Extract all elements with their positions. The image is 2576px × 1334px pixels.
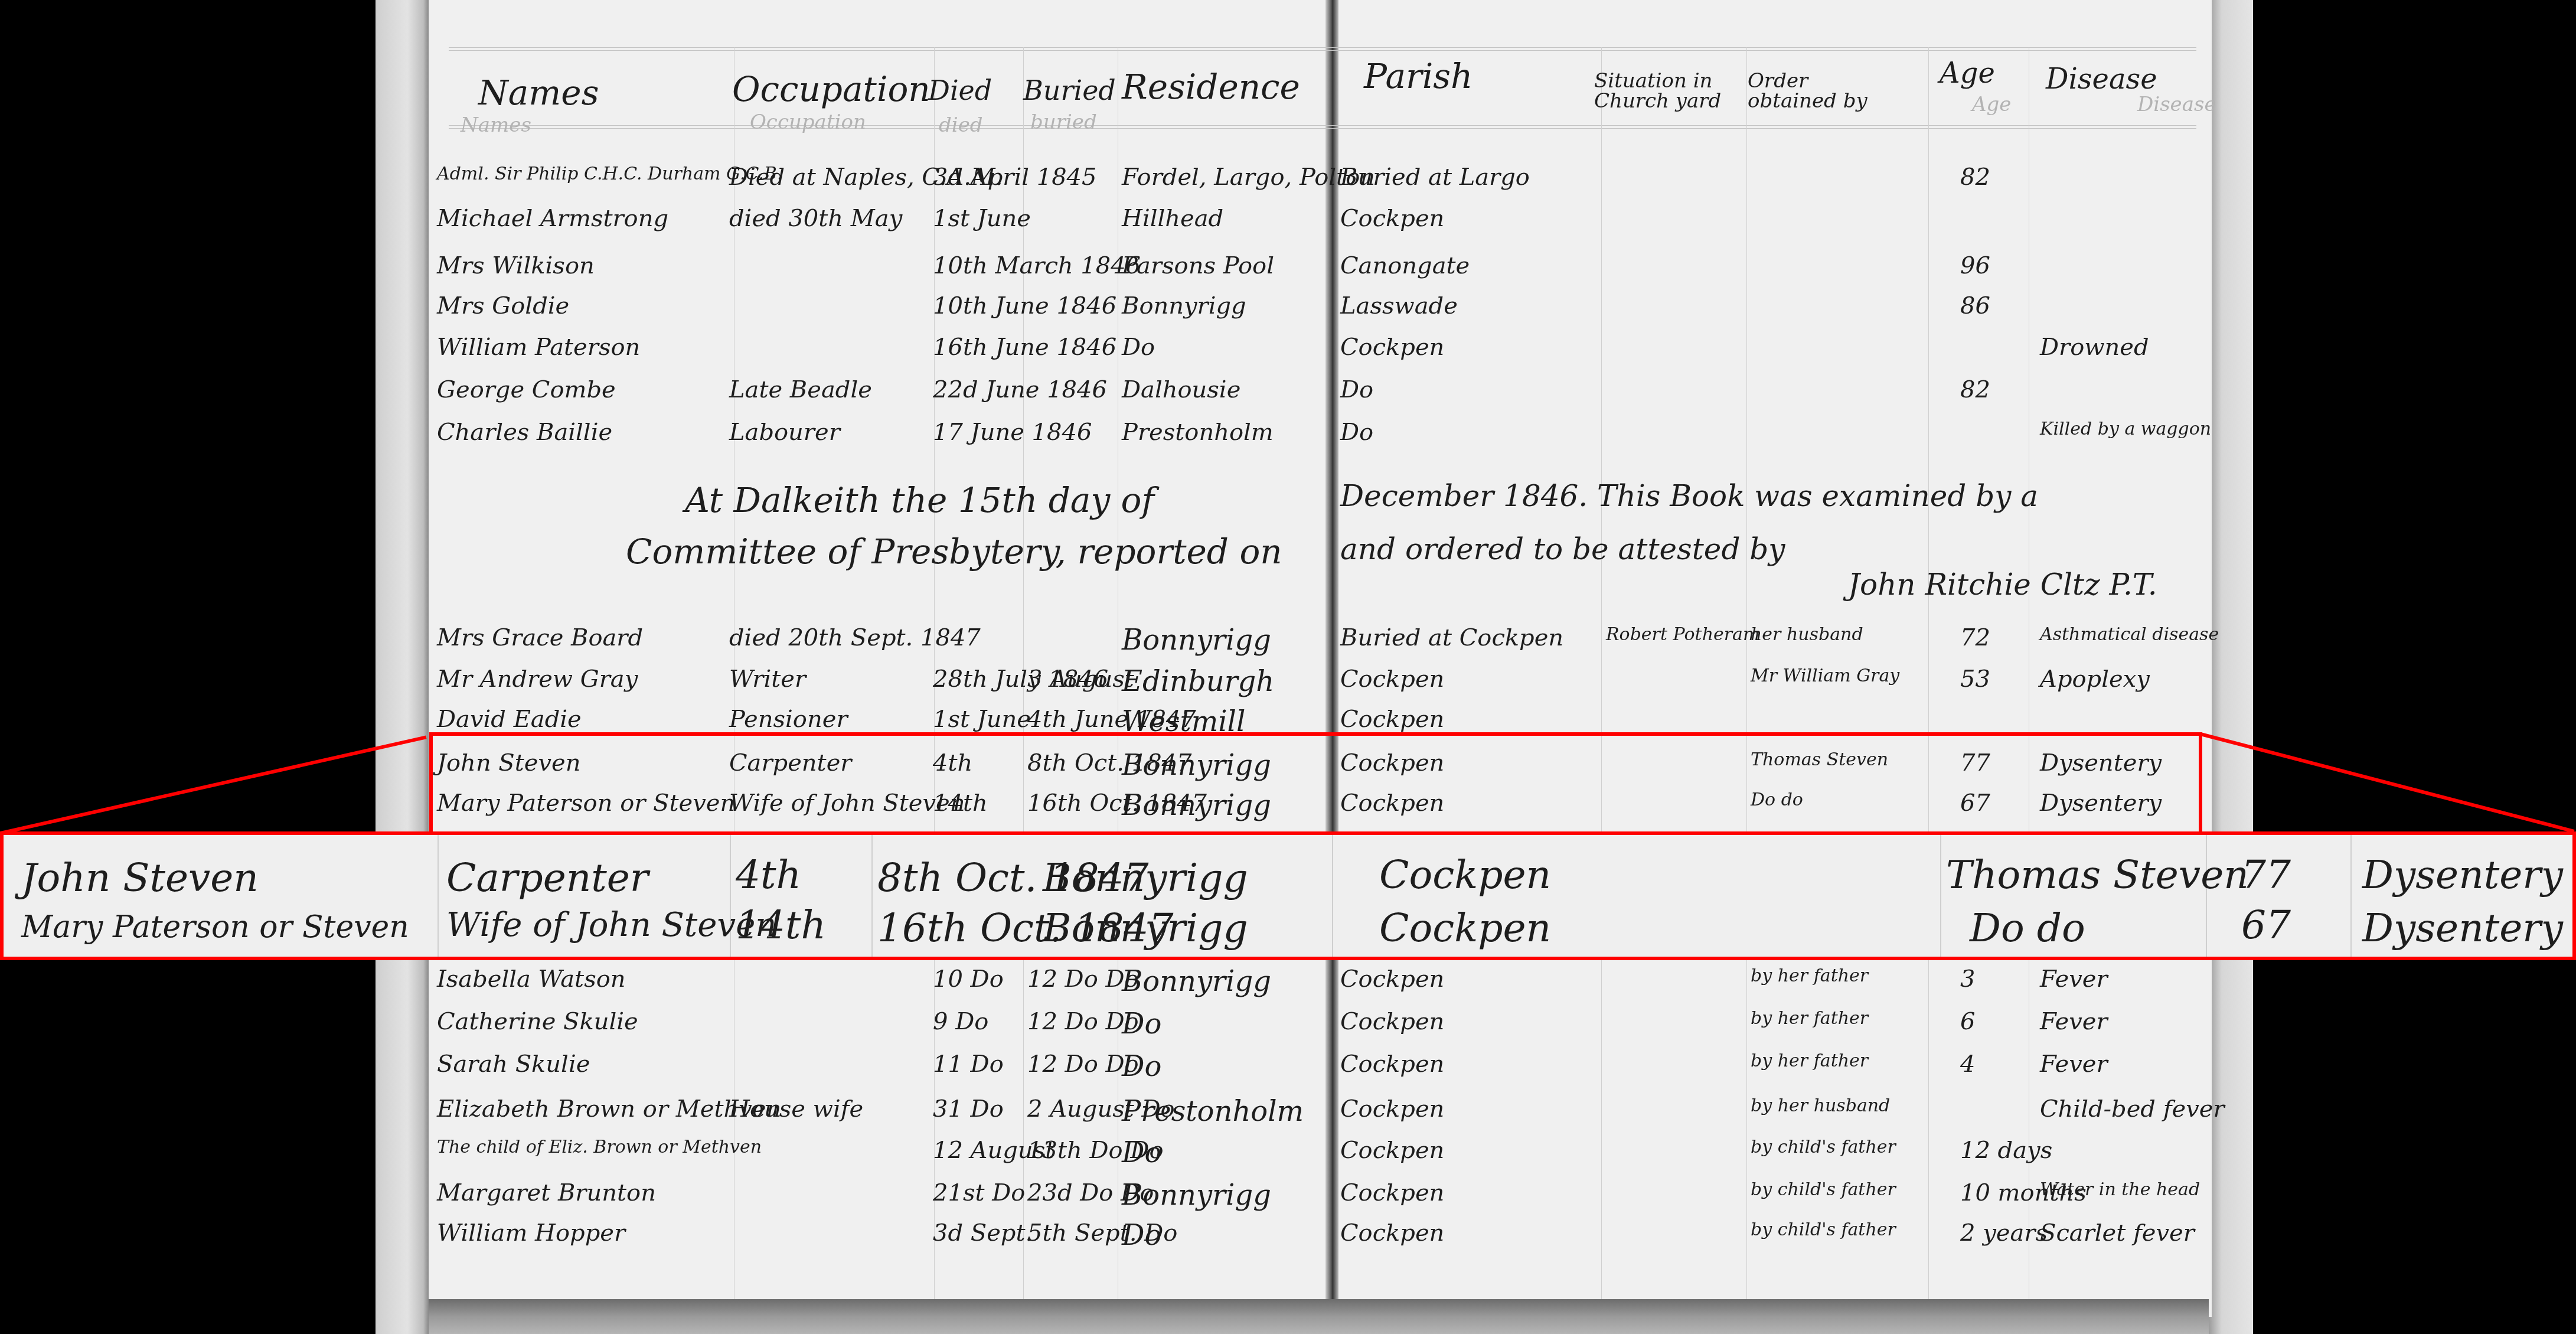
cell-buried: 3 August	[1027, 667, 1134, 691]
highlight-source-box	[429, 732, 2202, 835]
header-order-obtained-by: Order obtained by	[1748, 71, 1889, 111]
header-situation-in-churchyard: Situation in Church yard	[1594, 71, 1736, 111]
cell-order-by: her husband	[1751, 626, 1863, 644]
book-edge-left	[376, 0, 429, 1334]
cell-age: 82	[1960, 378, 1990, 402]
column-divider	[1928, 47, 1929, 1299]
inset-occupation: Carpenter	[446, 859, 648, 898]
cell-died: 1st June	[933, 207, 1031, 230]
cell-residence: Edinburgh	[1122, 667, 1274, 696]
inset-column-divider	[2350, 835, 2352, 957]
cell-residence: Do	[1122, 1221, 1161, 1250]
header-bottom-rule	[449, 125, 2196, 129]
faint-header-occupation: Occupation	[750, 112, 866, 132]
cell-age: 86	[1960, 294, 1990, 318]
cell-disease: Apoplexy	[2040, 667, 2150, 691]
cell-age: 12 days	[1960, 1139, 2052, 1162]
header-buried: Buried	[1023, 77, 1116, 104]
cell-residence: Do	[1122, 1052, 1161, 1081]
cell-name: Isabella Watson	[437, 967, 626, 991]
cell-residence: Fordel, Largo, Polton	[1122, 165, 1375, 189]
cell-parish: Cockpen	[1340, 1010, 1444, 1033]
cell-disease: Killed by a waggon	[2040, 420, 2211, 438]
cell-situation: Robert Potheram	[1606, 626, 1759, 644]
cell-name: William Hopper	[437, 1221, 625, 1245]
cell-died: 22d June 1846	[933, 378, 1107, 402]
cell-disease: Fever	[2040, 1010, 2108, 1033]
cell-parish: Buried at Cockpen	[1340, 626, 1563, 650]
cell-parish: Do	[1340, 378, 1373, 402]
cell-name: George Combe	[437, 378, 616, 402]
column-divider	[1746, 47, 1747, 1299]
cell-name: Michael Armstrong	[437, 207, 668, 230]
faint-header-buried: buried	[1030, 112, 1097, 132]
cell-name: Sarah Skulie	[437, 1052, 590, 1076]
faint-header-age: Age	[1972, 94, 2011, 115]
cell-parish: Cockpen	[1340, 335, 1444, 359]
cell-order-by: by her father	[1751, 967, 1868, 985]
cell-age: 2 years	[1960, 1221, 2048, 1245]
faint-header-died: died	[939, 115, 983, 135]
cell-residence: Bonnyrigg	[1122, 294, 1246, 318]
cell-died: 3d April 1845	[933, 165, 1096, 189]
cell-occupation: died 20th Sept. 1847	[729, 626, 981, 650]
inset-order-by: Do do	[1970, 909, 2085, 948]
cell-residence: Bonnyrigg	[1122, 1181, 1271, 1209]
cell-residence: Hillhead	[1122, 207, 1223, 230]
cell-died: 1st June	[933, 707, 1031, 731]
inset-parish: Cockpen	[1379, 856, 1551, 895]
cell-residence: Dalhousie	[1122, 378, 1240, 402]
cell-name: Margaret Brunton	[437, 1181, 656, 1205]
cell-name: Mrs Goldie	[437, 294, 569, 318]
cell-residence: Do	[1122, 1139, 1161, 1167]
inset-order-by: Thomas Steven	[1946, 856, 2249, 895]
cell-parish: Cockpen	[1340, 207, 1444, 230]
attestation-signature: John Ritchie Cltz P.T.	[1848, 570, 2157, 599]
cell-died: 11 Do	[933, 1052, 1004, 1076]
cell-residence: Bonnyrigg	[1122, 967, 1271, 996]
header-top-rule	[449, 47, 2196, 51]
inset-died: 14th	[736, 906, 826, 945]
cell-order-by: by child's father	[1751, 1221, 1896, 1239]
cell-died: 16th June 1846	[933, 335, 1116, 359]
inset-occupation: Wife of John Steven	[446, 909, 776, 942]
cell-disease: Asthmatical disease	[2040, 626, 2219, 644]
header-died: Died	[928, 77, 992, 104]
cell-residence: Westmill	[1122, 707, 1245, 736]
cell-residence: Prestonholm	[1122, 420, 1274, 444]
cell-disease: Water in the head	[2040, 1181, 2200, 1199]
cell-occupation: Labourer	[729, 420, 840, 444]
cell-residence: Bonnyrigg	[1122, 626, 1271, 654]
header-age: Age	[1940, 59, 1995, 87]
cell-residence: Prestonholm	[1122, 1097, 1304, 1126]
cell-parish: Cockpen	[1340, 1139, 1444, 1162]
cell-died: 17 June 1846	[933, 420, 1092, 444]
cell-order-by: by her father	[1751, 1010, 1868, 1028]
cell-name: Catherine Skulie	[437, 1010, 638, 1033]
cell-died: 3d Sept.	[933, 1221, 1033, 1245]
header-parish: Parish	[1364, 59, 1473, 93]
cell-parish: Cockpen	[1340, 1097, 1444, 1121]
cell-died: 9 Do	[933, 1010, 988, 1033]
highlight-connector-right	[2200, 732, 2574, 833]
cell-occupation: House wife	[729, 1097, 863, 1121]
cell-residence: Do	[1122, 1010, 1161, 1038]
inset-parish: Cockpen	[1379, 909, 1551, 948]
header-occupation: Occupation	[732, 72, 931, 106]
attestation-left-line2: Committee of Presbytery, reported on	[626, 534, 1282, 569]
cell-occupation: Pensioner	[729, 707, 848, 731]
cell-died: 10th June 1846	[933, 294, 1116, 318]
column-divider	[2029, 47, 2029, 1299]
cell-name: Mrs Grace Board	[437, 626, 643, 650]
inset-name: John Steven	[21, 859, 259, 898]
cell-age: 3	[1960, 967, 1975, 991]
inset-column-divider	[438, 835, 439, 957]
magnified-inset: John Steven Carpenter 4th 8th Oct. 1847 …	[0, 831, 2576, 960]
cell-order-by: by her husband	[1751, 1097, 1890, 1115]
highlight-connector-left	[0, 735, 427, 835]
inset-residence: Bonnyrigg	[1043, 859, 1248, 898]
cell-parish: Buried at Largo	[1340, 165, 1530, 189]
cell-parish: Cockpen	[1340, 1052, 1444, 1076]
cell-order-by: by child's father	[1751, 1181, 1896, 1199]
inset-age: 77	[2241, 856, 2291, 895]
inset-column-divider	[871, 835, 873, 957]
inset-residence: Bonnyrigg	[1043, 909, 1248, 948]
cell-died: 21st Do	[933, 1181, 1025, 1205]
attestation-right-line1: December 1846. This Book was examined by…	[1340, 481, 2038, 511]
cell-age: 4	[1960, 1052, 1975, 1076]
cell-died: 10 Do	[933, 967, 1004, 991]
inset-age: 67	[2241, 906, 2291, 945]
faint-header-names: Names	[461, 115, 531, 135]
header-disease: Disease	[2046, 65, 2157, 93]
cell-age: 53	[1960, 667, 1990, 691]
page-bottom-shadow	[429, 1299, 2209, 1334]
cell-parish: Do	[1340, 420, 1373, 444]
cell-age: 6	[1960, 1010, 1975, 1033]
cell-died: 31 Do	[933, 1097, 1004, 1121]
cell-name: Charles Baillie	[437, 420, 612, 444]
book-edge-right	[2208, 0, 2253, 1334]
header-residence: Residence	[1122, 70, 1300, 104]
inset-column-divider	[1332, 835, 1333, 957]
cell-parish: Lasswade	[1340, 294, 1458, 318]
cell-parish: Cockpen	[1340, 967, 1444, 991]
inset-died: 4th	[736, 856, 801, 895]
cell-disease: Fever	[2040, 967, 2108, 991]
attestation-left-line1: At Dalkeith the 15th day of	[685, 483, 1154, 517]
cell-disease: Fever	[2040, 1052, 2108, 1076]
cell-disease: Scarlet fever	[2040, 1221, 2195, 1245]
book-gutter	[1325, 0, 1338, 1323]
cell-order-by: by her father	[1751, 1052, 1868, 1070]
cell-age: 72	[1960, 626, 1990, 650]
cell-age: 96	[1960, 254, 1990, 278]
cell-parish: Canongate	[1340, 254, 1470, 278]
cell-died: 10th March 1846	[933, 254, 1141, 278]
cell-disease: Drowned	[2040, 335, 2149, 359]
inset-disease: Dysentery	[2362, 856, 2563, 895]
cell-age: 82	[1960, 165, 1990, 189]
cell-order-by: by child's father	[1751, 1139, 1896, 1156]
cell-parish: Cockpen	[1340, 707, 1444, 731]
cell-name: Mrs Wilkison	[437, 254, 595, 278]
cell-parish: Cockpen	[1340, 1181, 1444, 1205]
inset-disease: Dysentery	[2362, 909, 2563, 948]
cell-occupation: died 30th May	[729, 207, 902, 230]
column-divider	[1601, 47, 1602, 1299]
cell-name: Mr Andrew Gray	[437, 667, 638, 691]
cell-occupation: Late Beadle	[729, 378, 872, 402]
faint-header-disease: Disease	[2137, 94, 2216, 115]
inset-name: Mary Paterson or Steven	[21, 912, 409, 942]
header-names: Names	[478, 76, 599, 110]
attestation-right-line2: and ordered to be attested by	[1340, 534, 1785, 564]
cell-occupation: Writer	[729, 667, 806, 691]
cell-residence: Parsons Pool	[1122, 254, 1274, 278]
cell-disease: Child-bed fever	[2040, 1097, 2225, 1121]
cell-name: William Paterson	[437, 335, 640, 359]
cell-name: David Eadie	[437, 707, 582, 731]
cell-parish: Cockpen	[1340, 667, 1444, 691]
cell-parish: Cockpen	[1340, 1221, 1444, 1245]
inset-column-divider	[1940, 835, 1941, 957]
cell-order-by: Mr William Gray	[1751, 667, 1899, 685]
cell-residence: Do	[1122, 335, 1155, 359]
cell-name: The child of Eliz. Brown or Methven	[437, 1139, 762, 1156]
